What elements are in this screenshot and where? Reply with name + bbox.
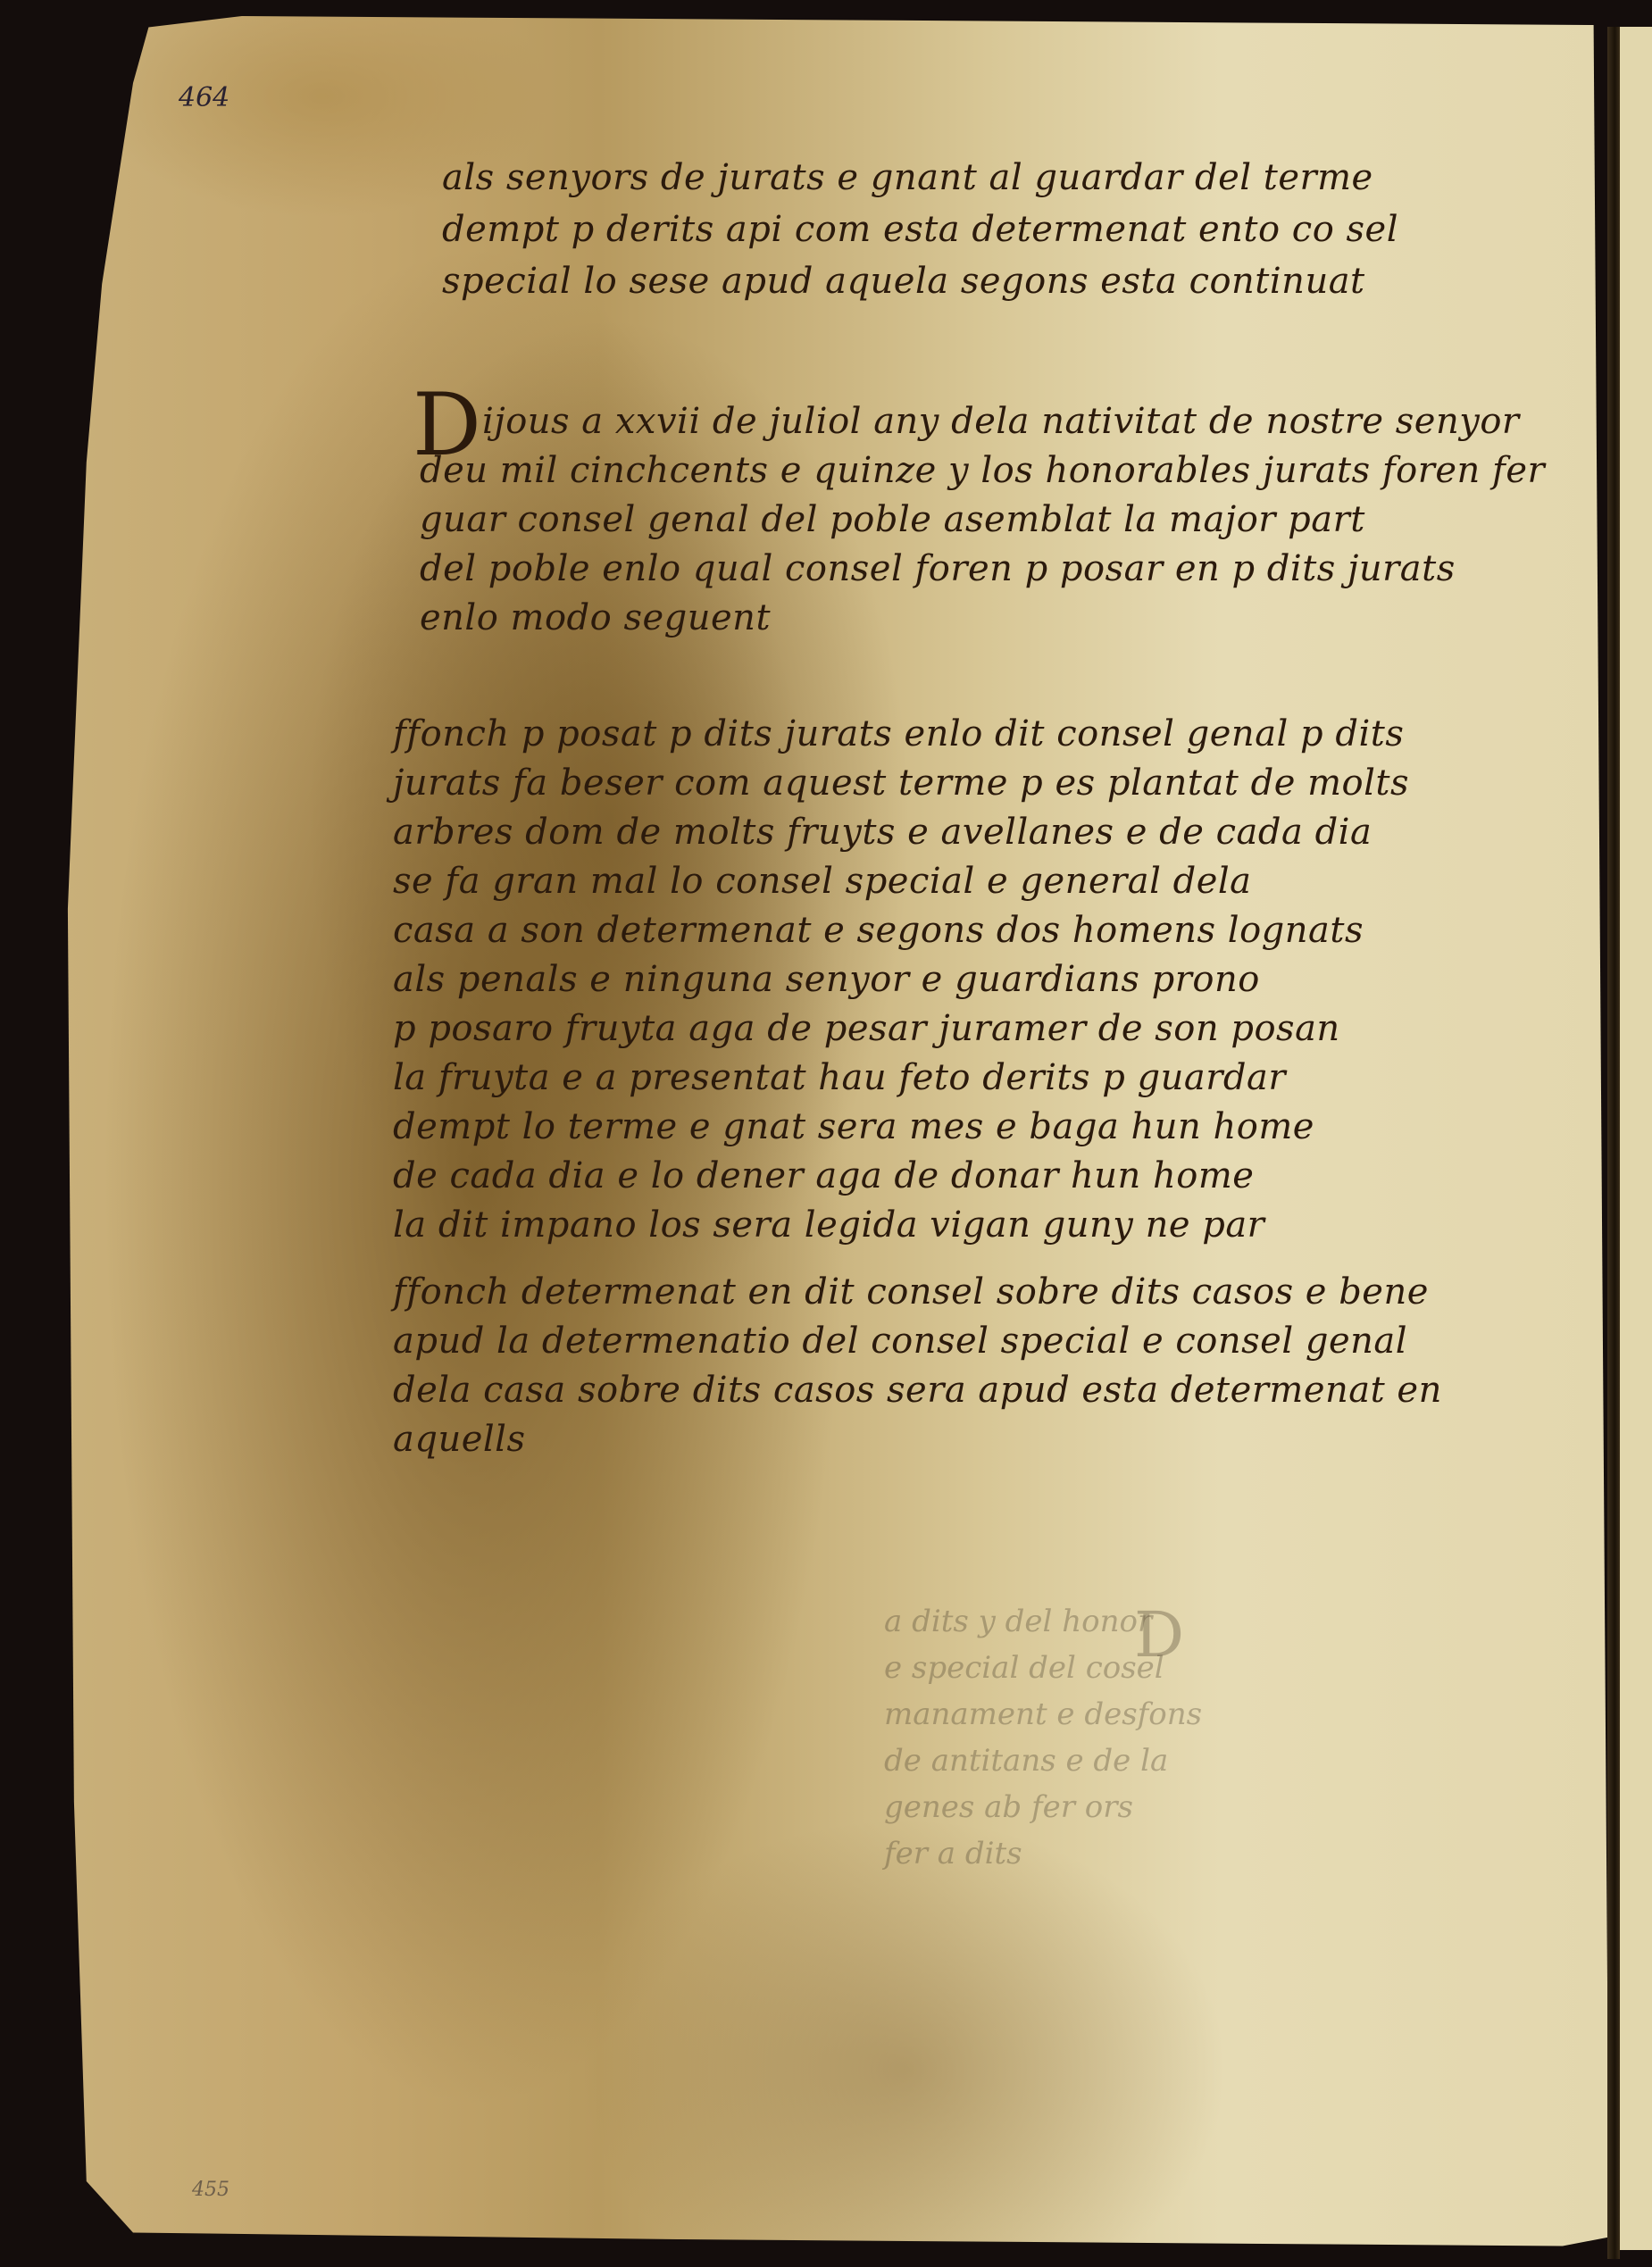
text-line: dempt lo terme e gnat sera mes e baga hu… xyxy=(393,1103,1442,1152)
text-line: deu mil cinchcents e quinze y los honora… xyxy=(420,446,1545,496)
book-gutter xyxy=(1607,27,1620,2259)
folio-number-bottom: 455 xyxy=(192,2179,229,2201)
opening-lines-block: als senyors de jurats e gnant al guardar… xyxy=(442,152,1398,307)
text-line: se fa gran mal lo consel special e gener… xyxy=(393,857,1442,906)
bleed-line: de antitans e de la xyxy=(884,1738,1202,1784)
text-line: dela casa sobre dits casos sera apud est… xyxy=(393,1366,1442,1415)
text-line: arbres dom de molts fruyts e avellanes e… xyxy=(393,808,1442,857)
bleed-line: a dits y del honor xyxy=(884,1598,1202,1645)
bleed-line: manament e desfons xyxy=(884,1691,1202,1738)
bleed-line: fer a dits xyxy=(884,1830,1202,1877)
text-line: enlo modo seguent xyxy=(420,594,1545,643)
bleed-line: genes ab fer ors xyxy=(884,1784,1202,1830)
text-line: ffonch p posat p dits jurats enlo dit co… xyxy=(393,710,1442,759)
text-line: aquells xyxy=(393,1415,1442,1464)
text-line: dempt p derits api com esta determenat e… xyxy=(442,204,1398,255)
text-line: casa a son determenat e segons dos homen… xyxy=(393,906,1442,955)
text-line: p posaro fruyta aga de pesar juramer de … xyxy=(393,1004,1442,1054)
facing-page-edge xyxy=(1620,27,1652,2250)
text-line: la dit impano los sera legida vigan guny… xyxy=(393,1201,1442,1250)
bleed-line: e special del cosel xyxy=(884,1645,1202,1691)
text-line: jurats fa beser com aquest terme p es pl… xyxy=(393,759,1442,808)
text-line: ijous a xxvii de juliol any dela nativit… xyxy=(482,397,1545,446)
text-line: als penals e ninguna senyor e guardians … xyxy=(393,955,1442,1004)
folio-number-top: 464 xyxy=(179,82,229,113)
text-line: guar consel genal del poble asemblat la … xyxy=(420,496,1545,545)
text-line: de cada dia e lo dener aga de donar hun … xyxy=(393,1152,1442,1201)
text-line: del poble enlo qual consel foren p posar… xyxy=(420,545,1545,594)
bleed-through-text: a dits y del honor e special del cosel m… xyxy=(884,1598,1202,1877)
text-line: la fruyta e a presentat hau feto derits … xyxy=(393,1054,1442,1103)
text-line: ffonch determenat en dit consel sobre di… xyxy=(393,1268,1442,1317)
proposal-block: ffonch p posat p dits jurats enlo dit co… xyxy=(393,710,1442,1464)
text-line: special lo sese apud aquela segons esta … xyxy=(442,255,1398,307)
text-line: apud la determenatio del consel special … xyxy=(393,1317,1442,1366)
text-line: als senyors de jurats e gnant al guardar… xyxy=(442,152,1398,204)
dated-entry-block: ijous a xxvii de juliol any dela nativit… xyxy=(482,397,1545,643)
